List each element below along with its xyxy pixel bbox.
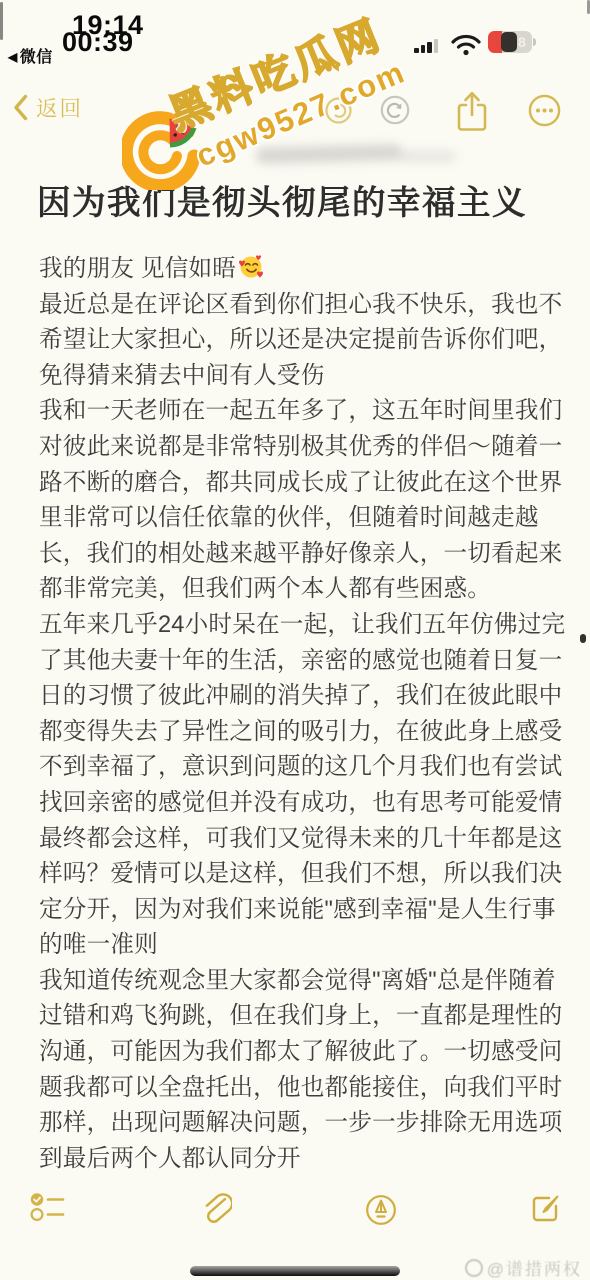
watermark-site-name: 黑料吃瓜网 xyxy=(159,2,390,141)
note-text-line: 长，我们的相处越来越平静好像亲人，一切看起来 xyxy=(39,537,569,573)
undo-icon[interactable] xyxy=(325,97,352,124)
smiling-face-with-hearts-emoji xyxy=(238,254,265,292)
note-text-line: 都变得失去了异性之间的吸引力，在彼此身上感受 xyxy=(39,715,569,751)
weibo-watermark: @谱措两权 xyxy=(465,1255,582,1280)
note-text-line: 五年来几乎24小时呆在一起，让我们五年仿佛过完 xyxy=(39,608,569,644)
note-text-line: 定分开，因为对我们来说能"感到幸福"是人生行事 xyxy=(39,893,569,929)
note-text-line: 我知道传统观念里大家都会觉得"离婚"总是伴随着 xyxy=(39,964,569,1000)
markup-pen-icon[interactable] xyxy=(365,1194,397,1226)
note-text-line: 都非常完美，但我们两个本人都有些困惑。 xyxy=(39,572,569,608)
note-text-line: 最近总是在评论区看到你们担心我不快乐，我也不 xyxy=(39,288,569,324)
paperclip-icon[interactable] xyxy=(200,1190,232,1228)
share-icon[interactable] xyxy=(455,90,489,134)
wifi-icon xyxy=(450,33,482,56)
chevron-left-icon xyxy=(13,94,28,121)
note-text-line: 希望让大家担心，所以还是决定提前告诉你们吧， xyxy=(39,323,569,359)
home-indicator[interactable] xyxy=(190,1266,400,1276)
redacted-date-blur-2 xyxy=(398,151,456,162)
wechat-label: 微信 xyxy=(20,49,53,66)
battery-percent: 8 xyxy=(518,34,526,50)
note-text-line: 题我都可以全盘托出，他也都能接住，向我们平时 xyxy=(39,1071,569,1107)
back-to-wechat-link[interactable]: ◀微信 xyxy=(8,44,53,67)
compose-icon[interactable] xyxy=(529,1192,562,1225)
note-text-line: 对彼此来说都是非常特别极其优秀的伴侣～随着一 xyxy=(39,430,569,466)
note-text-line: 不到幸福了，意识到问题的这几个月我们也有尝试 xyxy=(39,750,569,786)
note-text-line: 到最后两个人都认同分开 xyxy=(39,1142,569,1178)
battery-icon: 8 xyxy=(488,31,538,53)
checklist-icon[interactable] xyxy=(29,1192,67,1222)
note-text-line: 过错和鸡飞狗跳，但在我们身上，一直都是理性的 xyxy=(39,999,569,1035)
note-title: 因为我们是彻头彻尾的幸福主义 xyxy=(37,175,527,224)
note-text-line: 找回亲密的感觉但并没有成功，也有思考可能爱情 xyxy=(39,786,569,822)
status-time-inner: 00:39 xyxy=(62,27,134,58)
weibo-watermark-text: @谱措两权 xyxy=(487,1255,582,1280)
note-text-line: 日的习惯了彼此冲刷的消失掉了，我们在彼此眼中 xyxy=(39,679,569,715)
edge-dot-artifact xyxy=(580,634,586,643)
back-triangle-icon: ◀ xyxy=(8,50,18,64)
notes-app-screen: ◀微信 19:14 00:39 8 返回 xyxy=(0,0,590,1280)
watermelon-slice-icon xyxy=(164,118,195,149)
screen-edge-artifact-left xyxy=(0,2,3,40)
redo-icon[interactable] xyxy=(380,95,410,125)
note-text-line: 我和一天老师在一起五年多了，这五年时间里我们 xyxy=(39,394,569,430)
note-text-line: 最终都会这样，可我们又觉得未来的几十年都是这 xyxy=(39,822,569,858)
weibo-logo-icon xyxy=(465,1259,483,1277)
back-button[interactable]: 返回 xyxy=(13,92,83,123)
note-text-line: 的唯一准则 xyxy=(39,928,569,964)
note-text-line: 那样，出现问题解决问题，一步一步排除无用选项 xyxy=(39,1106,569,1142)
note-text-line: 了其他夫妻十年的生活，亲密的感觉也随着日复一 xyxy=(39,644,569,680)
note-text-line: 里非常可以信任依靠的伙伴，但随着时间越走越 xyxy=(39,501,569,537)
note-body[interactable]: 我的朋友 见信如晤 最近总是在评论区看到你们担心我不快乐，我也不希望让大家担心，… xyxy=(39,252,569,1177)
note-text-line: 免得猜来猜去中间有人受伤 xyxy=(39,359,569,395)
note-text-line: 样吗？爱情可以是这样，但我们不想，所以我们决 xyxy=(39,857,569,893)
note-text-line: 路不断的磨合，都共同成长成了让彼此在这个世界 xyxy=(39,466,569,502)
redacted-date-blur xyxy=(256,144,402,164)
more-options-icon[interactable] xyxy=(528,94,561,127)
note-text-line: 沟通，可能因为我们都太了解彼此了。一切感受问 xyxy=(39,1035,569,1071)
cellular-signal-icon xyxy=(414,38,440,53)
back-button-label: 返回 xyxy=(36,92,83,123)
note-text-line: 我的朋友 见信如晤 xyxy=(39,252,569,288)
